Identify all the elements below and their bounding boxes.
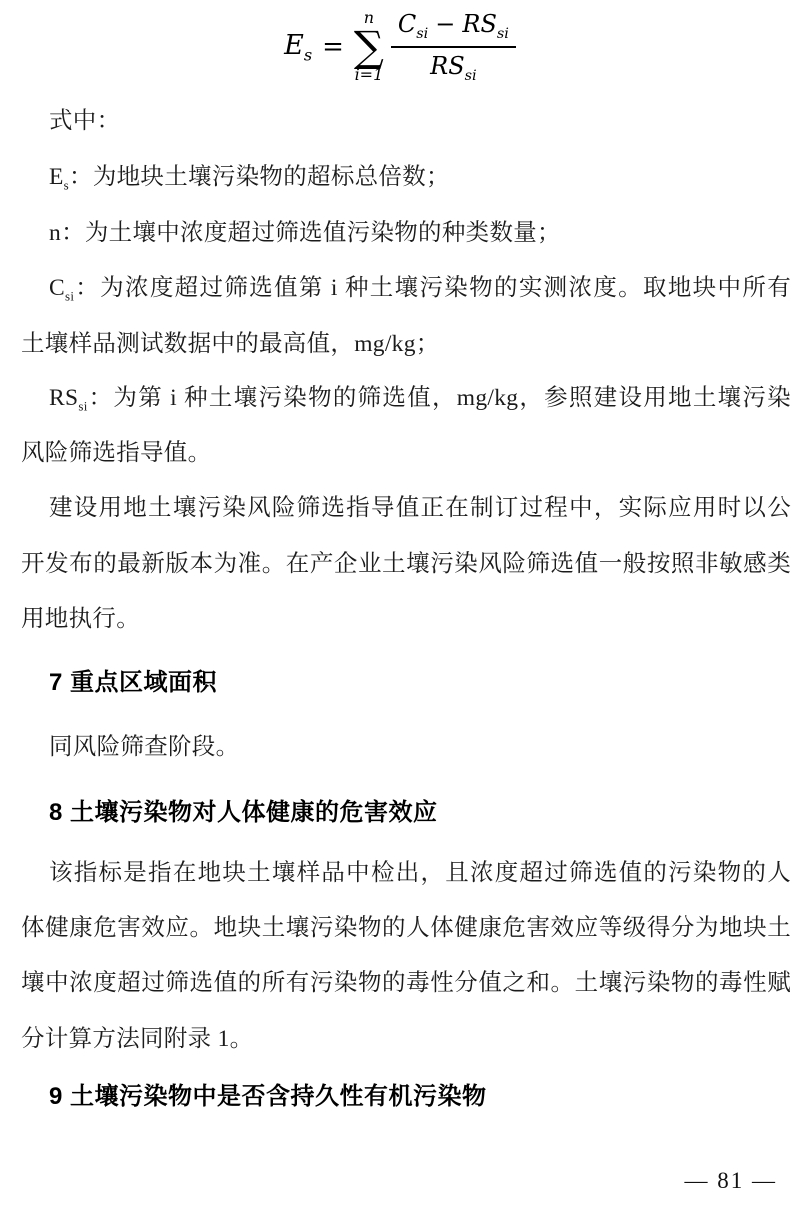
guideline-para-line-1: 建设用地土壤污染风险筛选指导值正在制订过程中，实际应用时以公: [21, 493, 791, 523]
rssi-symbol: RS: [49, 385, 78, 411]
fraction: Csi−RSsi RSsi: [391, 10, 516, 84]
section7-heading: 7 重点区域面积: [21, 666, 791, 700]
def-n-line: n：为土壤中浓度超过筛选值污染物的种类数量；: [21, 218, 791, 248]
subscript: si: [497, 26, 509, 42]
es-symbol: E: [49, 164, 64, 190]
def-rssi-line-2: 风险筛选指导值。: [21, 438, 791, 468]
def-es-line: Es：为地块土壤污染物的超标总倍数；: [21, 162, 791, 201]
page-number: — 81 —: [685, 1168, 778, 1194]
rssi-term: RS: [430, 52, 465, 80]
def-csi-text: ：为浓度超过筛选值第 i 种土壤污染物的实测浓度。取地块中所有: [74, 275, 791, 301]
fraction-denominator: RSsi: [430, 48, 477, 84]
section9-heading: 9 土壤污染物中是否含持久性有机污染物: [21, 1080, 791, 1114]
minus-sign: −: [428, 10, 462, 38]
formula-lhs: Es: [284, 30, 312, 64]
guideline-para-line-3: 用地执行。: [21, 604, 791, 634]
fraction-numerator: Csi−RSsi: [391, 10, 516, 48]
def-csi-line-2: 土壤样品测试数据中的最高值，mg/kg；: [21, 329, 791, 359]
where-label: 式中：: [21, 106, 791, 136]
subscript: si: [65, 289, 74, 304]
def-n-text: ：为土壤中浓度超过筛选值污染物的种类数量；: [61, 220, 561, 246]
section8-para-line-4: 分计算方法同附录 1。: [21, 1024, 791, 1054]
def-rssi-line-1: RSsi：为第 i 种土壤污染物的筛选值，mg/kg，参照建设用地土壤污染: [21, 383, 791, 422]
summation-block: n ∑ i=1: [354, 10, 384, 84]
n-symbol: n: [49, 220, 61, 246]
section8-para-line-2: 体健康危害效应。地块土壤污染物的人体健康危害效应等级得分为地块土: [21, 913, 791, 943]
section8-para-line-3: 壤中浓度超过筛选值的所有污染物的毒性分值之和。土壤污染物的毒性赋: [21, 968, 791, 998]
section7-body: 同风险筛查阶段。: [21, 732, 791, 762]
subscript: si: [465, 68, 477, 84]
guideline-para-line-2: 开发布的最新版本为准。在产企业土壤污染风险筛选值一般按照非敏感类: [21, 549, 791, 579]
summation-lower-limit: i=1: [355, 67, 384, 84]
def-es-text: ：为地块土壤污染物的超标总倍数；: [69, 164, 450, 190]
document-page: Es = n ∑ i=1 Csi−RSsi RSsi 式中： Es：为地块土壤污…: [0, 0, 800, 1205]
rssi-term: RS: [462, 10, 497, 38]
exceedance-formula: Es = n ∑ i=1 Csi−RSsi RSsi: [0, 0, 800, 94]
summation-symbol: ∑: [354, 27, 384, 68]
subscript: s: [304, 45, 312, 64]
subscript: si: [416, 26, 428, 42]
csi-symbol: C: [49, 275, 65, 301]
formula-lhs-base: E: [284, 30, 304, 61]
subscript: si: [78, 399, 87, 414]
section8-para-line-1: 该指标是指在地块土壤样品中检出，且浓度超过筛选值的污染物的人: [21, 858, 791, 888]
csi-term: C: [398, 10, 416, 38]
def-csi-line-1: Csi：为浓度超过筛选值第 i 种土壤污染物的实测浓度。取地块中所有: [21, 273, 791, 312]
def-rssi-text: ：为第 i 种土壤污染物的筛选值，mg/kg，参照建设用地土壤污染: [88, 385, 791, 411]
section8-heading: 8 土壤污染物对人体健康的危害效应: [21, 796, 791, 830]
equals-sign: =: [319, 32, 347, 62]
